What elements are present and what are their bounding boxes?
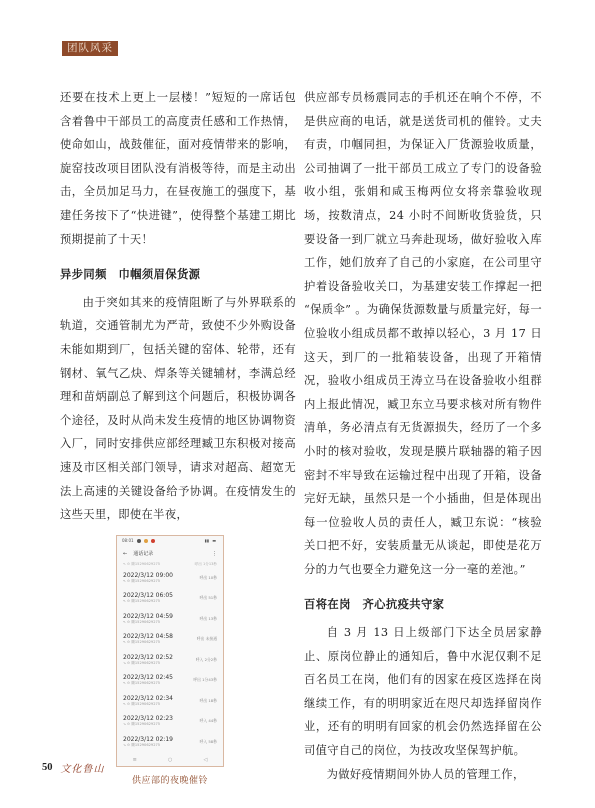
paragraph: 自 3 月 13 日上级部门下达全员居家静止、原岗位静止的通知后，鲁中水泥仅剩不… bbox=[304, 621, 542, 763]
figure: 08:01 ▮▮ ▬ ← 通话记录 ⋮ ↖ ⊙ 腾15290629275 呼出 bbox=[116, 535, 224, 786]
call-datetime: 2022/3/12 02:19 bbox=[123, 736, 173, 743]
app-title: 通话记录 bbox=[133, 550, 212, 557]
call-duration: 呼出 10秒 bbox=[200, 575, 217, 581]
call-duration: 呼出 1分43秒 bbox=[193, 677, 217, 683]
more-menu-icon: ⋮ bbox=[212, 551, 217, 557]
paragraph: 由于突如其来的疫情阻断了与外界联系的轨道，交通管制尤为严苛，致使不少外购设备未能… bbox=[60, 291, 296, 527]
paragraph: 供应部专员杨震同志的手机还在响个不停，不是供应商的电话，就是送货司机的催铃。丈夫… bbox=[304, 86, 542, 581]
call-duration: 呼出 18秒 bbox=[200, 698, 217, 704]
call-log-item: 2022/3/12 06:05↖ ⊙ 腾15290629275 呼出 51秒 bbox=[123, 588, 217, 609]
call-duration: 呼出 13秒 bbox=[200, 616, 217, 622]
call-log-item: 2022/3/12 02:19↘ ⊙ 腾15290629275 呼入 58秒 bbox=[123, 732, 217, 753]
call-log-item: 2022/3/12 02:34↖ ⊙ 腾15290629275 呼出 18秒 bbox=[123, 691, 217, 712]
figure-caption: 供应部的夜晚催铃 bbox=[116, 773, 224, 786]
section-tag: 团队风采 bbox=[62, 41, 118, 56]
call-duration: 呼入 58秒 bbox=[200, 739, 217, 745]
call-number: ↖ ⊙ 腾15290629275 bbox=[123, 620, 173, 625]
call-duration: 呼入 2分2秒 bbox=[196, 657, 217, 663]
signal-icon: ▮▮ bbox=[205, 538, 209, 543]
back-arrow-icon: ← bbox=[123, 551, 127, 557]
call-number: ↖ ⊙ 腾15290629275 bbox=[123, 579, 173, 584]
call-duration: 呼出 未接通 bbox=[197, 636, 217, 642]
page-number: 50 bbox=[42, 762, 53, 773]
status-time: 08:01 bbox=[122, 538, 134, 543]
call-number: ↘ ⊙ 腾15290629275 bbox=[123, 722, 173, 727]
page-footer: 50 文化鲁山 bbox=[42, 760, 105, 775]
call-number: ↘ ⊙ 腾15290629275 bbox=[123, 661, 173, 666]
call-log-item: 2022/3/12 02:23↘ ⊙ 腾15290629275 呼入 44秒 bbox=[123, 711, 217, 732]
section-heading: 百将在岗 齐心抗疫共守家 bbox=[304, 593, 542, 617]
status-bar: 08:01 ▮▮ ▬ bbox=[117, 536, 223, 546]
call-datetime: 2022/3/12 02:34 bbox=[123, 695, 173, 702]
call-log-item: 2022/3/12 02:52↘ ⊙ 腾15290629275 呼入 2分2秒 bbox=[123, 650, 217, 671]
left-column: 还要在技术上更上一层楼！”短短的一席话包含着鲁中干部员工的高度责任感和工作热情，… bbox=[60, 86, 296, 786]
call-number: ↘ ⊙ 腾15290629275 bbox=[123, 743, 173, 748]
call-log-item: 2022/3/12 04:58↖ ⊙ 腾15290629275 呼出 未接通 bbox=[123, 629, 217, 650]
notification-icon bbox=[144, 539, 148, 543]
call-log-item: 2022/3/12 09:00↖ ⊙ 腾15290629275 呼出 10秒 bbox=[123, 568, 217, 589]
call-datetime: 2022/3/12 04:59 bbox=[123, 613, 173, 620]
section-heading: 异步同频 巾帼须眉保货源 bbox=[60, 263, 296, 287]
brand-logo: 文化鲁山 bbox=[61, 760, 105, 775]
paragraph: 还要在技术上更上一层楼！”短短的一席话包含着鲁中干部员工的高度责任感和工作热情，… bbox=[60, 86, 296, 251]
call-number: ↖ ⊙ 腾15290629275 bbox=[123, 681, 173, 686]
notification-icon bbox=[137, 539, 141, 543]
battery-icon: ▬ bbox=[212, 538, 216, 543]
app-bar: ← 通话记录 ⋮ bbox=[117, 546, 223, 562]
paragraph: 为做好疫情期间外协人员的管理工作， bbox=[304, 763, 542, 787]
call-log-list: ↖ ⊙ 腾15290629275 呼出 1分13秒 2022/3/12 09:0… bbox=[117, 562, 223, 753]
call-log-item: 2022/3/12 04:59↖ ⊙ 腾15290629275 呼出 13秒 bbox=[123, 609, 217, 630]
call-log-item: 2022/3/12 02:45↖ ⊙ 腾15290629275 呼出 1分43秒 bbox=[123, 670, 217, 691]
menu-icon: ≡ bbox=[133, 757, 137, 763]
call-number: ↖ ⊙ 腾15290629275 bbox=[123, 702, 173, 707]
call-datetime: 2022/3/12 02:52 bbox=[123, 654, 173, 661]
call-number: ↖ ⊙ 腾15290629275 bbox=[123, 599, 173, 604]
back-icon: ◁ bbox=[204, 757, 208, 763]
home-icon: ○ bbox=[168, 757, 172, 763]
phone-nav-bar: ≡ ○ ◁ bbox=[117, 754, 223, 766]
phone-screenshot: 08:01 ▮▮ ▬ ← 通话记录 ⋮ ↖ ⊙ 腾15290629275 呼出 bbox=[116, 535, 224, 767]
call-number: ↖ ⊙ 腾15290629275 bbox=[123, 640, 173, 645]
call-duration: 呼出 51秒 bbox=[200, 595, 217, 601]
call-duration: 呼入 44秒 bbox=[200, 718, 217, 724]
right-column: 供应部专员杨震同志的手机还在响个不停，不是供应商的电话，就是送货司机的催铃。丈夫… bbox=[304, 86, 542, 786]
notification-icon bbox=[151, 539, 155, 543]
call-datetime: 2022/3/12 09:00 bbox=[123, 572, 173, 579]
